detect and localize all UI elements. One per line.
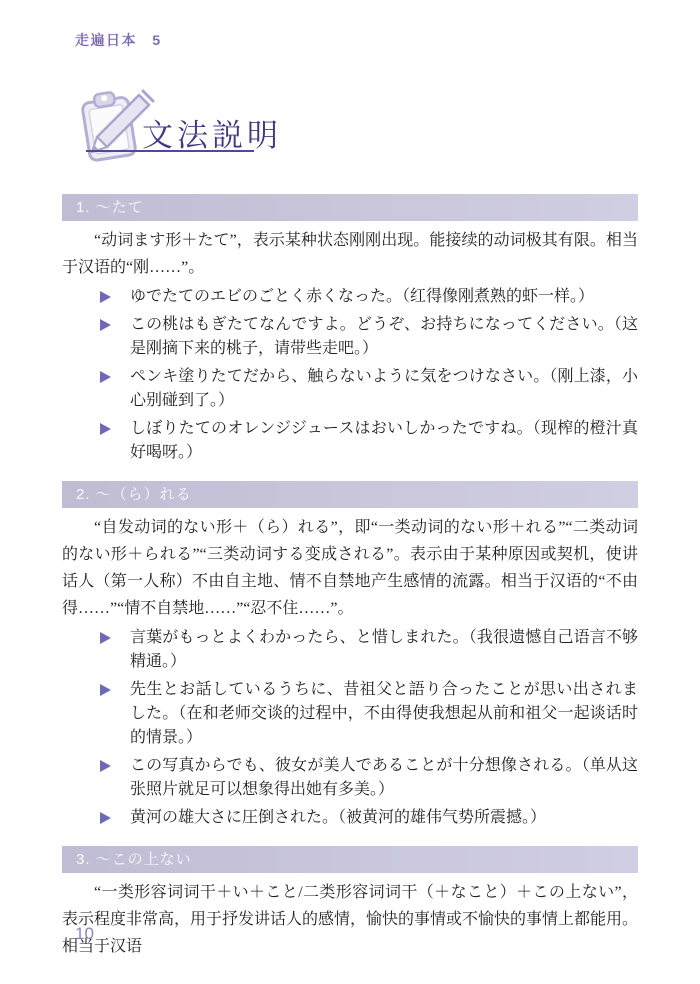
example-item: ペンキ塗りたてだから、触らないように気をつけなさい。（刚上漆，小心别碰到了。） (62, 365, 638, 413)
example-text: この写真からでも、彼女が美人であることが十分想像される。（单从这张照片就足可以想… (130, 757, 638, 798)
example-text: この桃はもぎたてなんですよ。どうぞ、お持ちになってください。（这是刚摘下来的桃子… (130, 316, 638, 357)
section-heading: 1. ～たて (62, 194, 638, 221)
bullet-arrow-icon (100, 423, 111, 435)
book-title: 走遍日本 5 (75, 30, 162, 50)
bullet-arrow-icon (100, 319, 111, 331)
example-item: この桃はもぎたてなんですよ。どうぞ、お持ちになってください。（这是刚摘下来的桃子… (62, 313, 638, 361)
page-number: 10 (75, 924, 94, 944)
example-item: 先生とお話しているうちに、昔祖父と語り合ったことが思い出されました。（在和老师交… (62, 678, 638, 750)
bullet-arrow-icon (100, 371, 111, 383)
grammar-content: 1. ～たて “动词ます形＋たて”，表示某种状态刚刚出现。能接续的动词极其有限。… (62, 194, 638, 976)
example-text: ペンキ塗りたてだから、触らないように気をつけなさい。（刚上漆，小心别碰到了。） (130, 368, 638, 409)
textbook-page: 走遍日本 5 文法説明 1. ～たて “动词ます形＋たて”，表示某种状态刚刚出现… (0, 0, 700, 984)
example-item: ゆでたてのエビのごとく赤くなった。（红得像刚煮熟的虾一样。） (62, 285, 638, 309)
section-intro: “动词ます形＋たて”，表示某种状态刚刚出现。能接续的动词极其有限。相当于汉语的“… (62, 227, 638, 281)
grammar-section-3: 3. ～この上ない “一类形容词词干＋い＋こと/二类形容词词干（＋なこと）＋この… (62, 846, 638, 960)
example-text: 言葉がもっとよくわかったら、と惜しまれた。（我很遗憾自己语言不够精通。） (130, 629, 638, 670)
title-underline (86, 150, 254, 152)
section-intro: “一类形容词词干＋い＋こと/二类形容词词干（＋なこと）＋この上ない”，表示程度非… (62, 879, 638, 960)
bullet-arrow-icon (100, 632, 111, 644)
example-text: 先生とお話しているうちに、昔祖父と語り合ったことが思い出されました。（在和老师交… (130, 681, 638, 746)
section-heading: 3. ～この上ない (62, 846, 638, 873)
section-intro: “自发动词的ない形＋（ら）れる”，即“一类动词的ない形＋れる”“二类动词的ない形… (62, 514, 638, 622)
example-text: ゆでたてのエビのごとく赤くなった。（红得像刚煮熟的虾一样。） (130, 288, 594, 305)
example-item: しぼりたてのオレンジジュースはおいしかったですね。（现榨的橙汁真好喝呀。） (62, 417, 638, 465)
bullet-arrow-icon (100, 291, 111, 303)
example-item: 黄河の雄大さに圧倒された。（被黄河的雄伟气势所震撼。） (62, 806, 638, 830)
example-item: この写真からでも、彼女が美人であることが十分想像される。（单从这张照片就足可以想… (62, 754, 638, 802)
grammar-section-2: 2. ～（ら）れる “自发动词的ない形＋（ら）れる”，即“一类动词的ない形＋れる… (62, 481, 638, 830)
example-text: しぼりたてのオレンジジュースはおいしかったですね。（现榨的橙汁真好喝呀。） (130, 420, 638, 461)
example-item: 言葉がもっとよくわかったら、と惜しまれた。（我很遗憾自己语言不够精通。） (62, 626, 638, 674)
page-title: 文法説明 (142, 110, 282, 155)
grammar-section-1: 1. ～たて “动词ます形＋たて”，表示某种状态刚刚出现。能接续的动词极其有限。… (62, 194, 638, 465)
bullet-arrow-icon (100, 684, 111, 696)
bullet-arrow-icon (100, 812, 111, 824)
lesson-header: 文法説明 (66, 84, 386, 164)
example-text: 黄河の雄大さに圧倒された。（被黄河的雄伟气势所震撼。） (130, 809, 546, 826)
section-heading: 2. ～（ら）れる (62, 481, 638, 508)
bullet-arrow-icon (100, 760, 111, 772)
